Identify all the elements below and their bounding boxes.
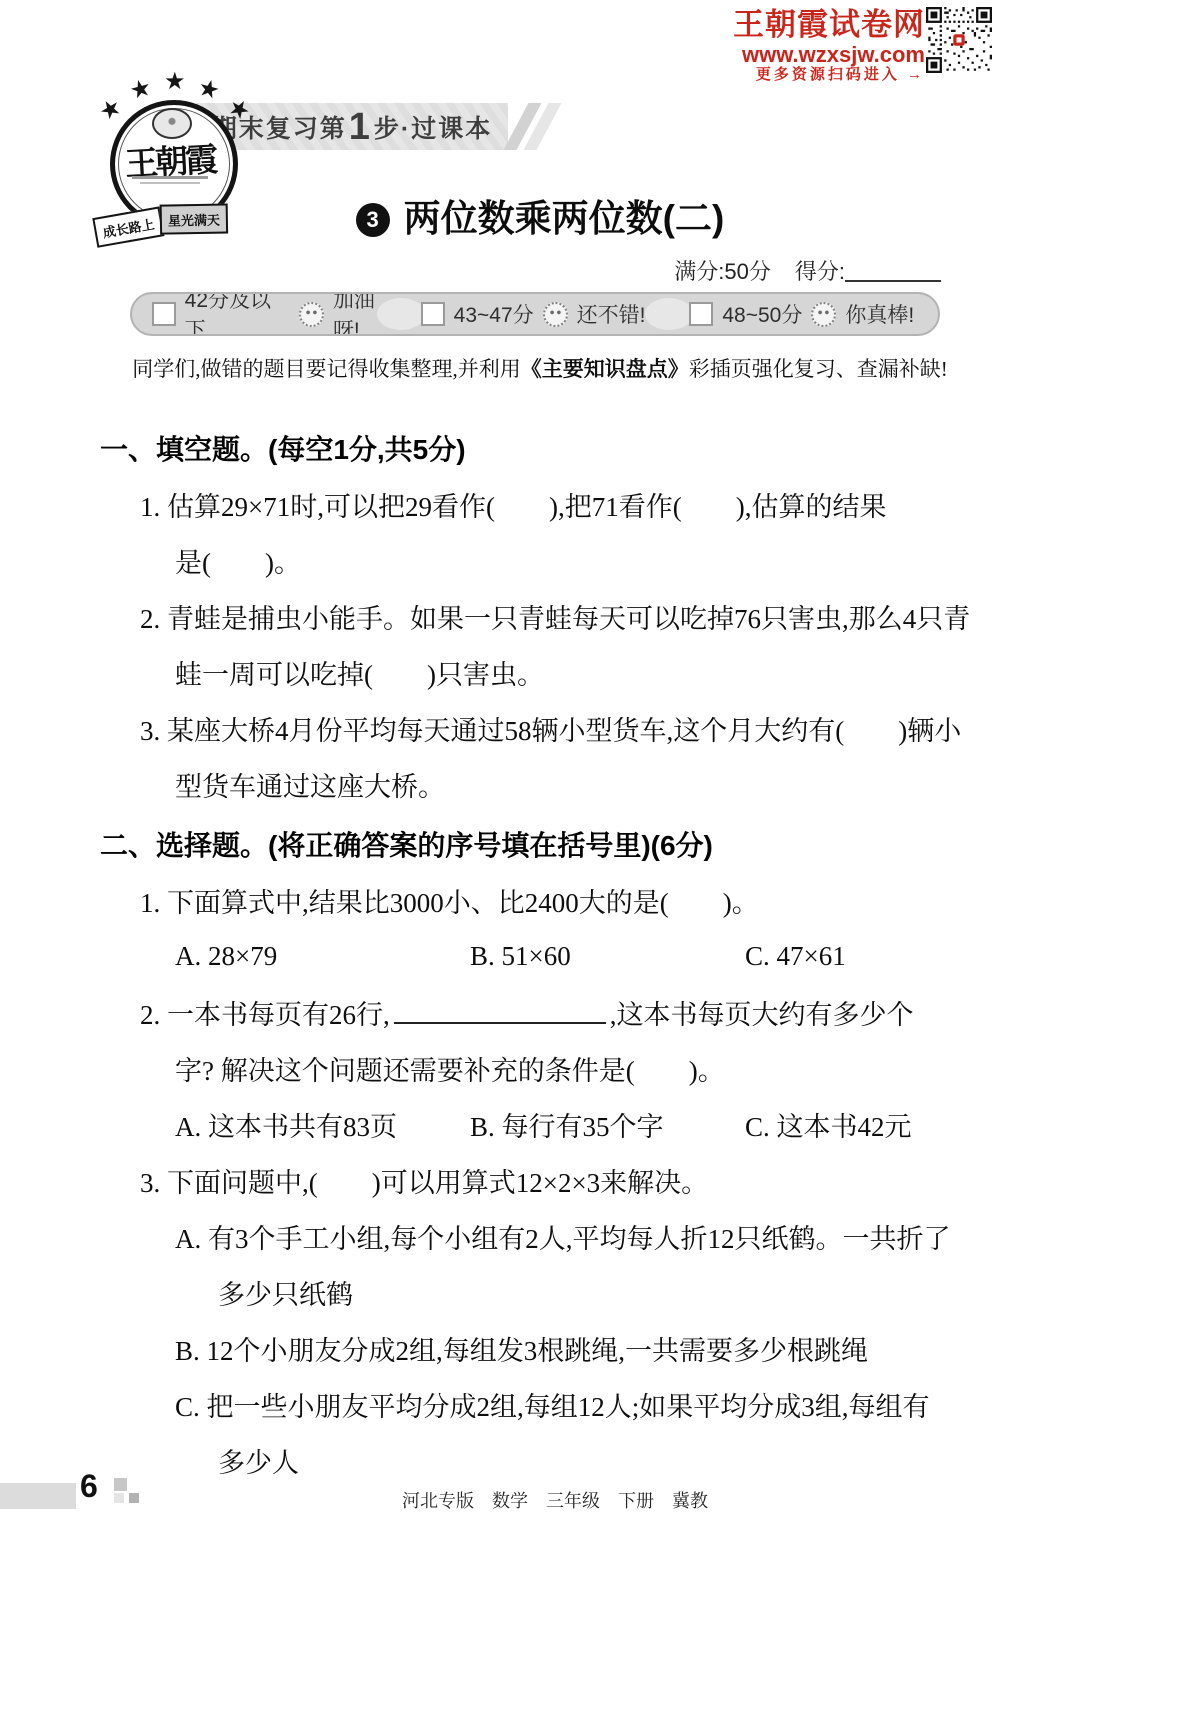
smiley-face-icon — [543, 302, 568, 327]
option-c: C. 这本书42元 — [745, 1105, 948, 1144]
worksheet-body: 一、填空题。(每空1分,共5分) 1. 估算29×71时,可以把29看作( ),… — [100, 420, 948, 1488]
badge-ribbon: 成长路上 星光满天 — [93, 196, 263, 246]
choice-q1-options: A. 28×79 B. 51×60 C. 47×61 — [100, 928, 948, 984]
badge-ribbon-right: 星光满天 — [160, 203, 229, 234]
checkbox-icon[interactable] — [421, 302, 445, 326]
star-icon: ★ — [164, 70, 186, 94]
badge-divider — [140, 182, 200, 184]
title-text: 两位数乘两位数(二) — [404, 198, 725, 239]
score-band-bar: 42分及以下 加油呀! 43~47分 还不错! 48~50分 你真棒! — [130, 292, 940, 336]
notice-post: 彩插页强化复习、查漏补缺! — [689, 357, 948, 381]
band-range: 43~47分 — [454, 299, 534, 329]
choice-q2-line2: 字? 解决这个问题还需要补充的条件是( )。 — [100, 1040, 948, 1096]
full-score-label: 满分:50分 — [674, 259, 771, 284]
badge-ribbon-left: 成长路上 — [92, 206, 164, 247]
option-b: B. 每行有35个字 — [470, 1105, 745, 1144]
choice-q3-option-c-line1: C. 把一些小朋友平均分成2组,每组12人;如果平均分成3组,每组有 — [100, 1376, 948, 1432]
band-range: 48~50分 — [722, 299, 802, 329]
star-icon: ★ — [223, 94, 254, 126]
choice-q3-option-b: B. 12个小朋友分成2组,每组发3根跳绳,一共需要多少根跳绳 — [100, 1320, 948, 1376]
qr-code-icon — [926, 7, 992, 73]
smiley-face-icon — [299, 302, 324, 327]
site-tagline: 更多资源扫码进入 → — [733, 67, 925, 84]
site-url: www.wzxsjw.com — [733, 43, 925, 68]
fill-q1-line1: 1. 估算29×71时,可以把29看作( ),把71看作( ),估算的结果 — [100, 476, 948, 532]
score-line: 满分:50分得分: — [674, 255, 941, 286]
star-icon: ★ — [95, 94, 126, 126]
choice-q2-options: A. 这本书共有83页 B. 每行有35个字 C. 这本书42元 — [100, 1096, 948, 1152]
notice-book-title: 《主要知识盘点》 — [521, 358, 689, 381]
choice-q3-option-a-line1: A. 有3个手工小组,每个小组有2人,平均每人折12只纸鹤。一共折了 — [100, 1208, 948, 1264]
site-brand: 王朝霞试卷网 www.wzxsjw.com 更多资源扫码进入 → — [733, 8, 925, 84]
earned-score-blank — [845, 260, 941, 282]
band-praise: 加油呀! — [333, 292, 401, 336]
fill-q3-line1: 3. 某座大桥4月份平均每天通过58辆小型货车,这个月大约有( )辆小 — [100, 700, 948, 756]
section-1-heading: 一、填空题。(每空1分,共5分) — [100, 420, 948, 476]
band-range: 42分及以下 — [185, 292, 291, 336]
condition-blank-line — [394, 1000, 606, 1024]
checkbox-icon[interactable] — [689, 302, 713, 326]
option-b: B. 51×60 — [470, 941, 745, 972]
earned-score-label: 得分: — [795, 259, 845, 284]
choice-q3-option-c-line2: 多少人 — [100, 1432, 948, 1488]
score-band-mid: 43~47分 还不错! — [401, 294, 670, 334]
option-a: A. 这本书共有83页 — [175, 1105, 470, 1144]
title-number-circle: 3 — [356, 203, 390, 237]
option-c: C. 47×61 — [745, 941, 948, 972]
fill-q3-line2: 型货车通过这座大桥。 — [100, 756, 948, 812]
choice-q2-post: ,这本书每页大约有多少个 — [610, 993, 914, 1032]
notice-pre: 同学们,做错的题目要记得收集整理,并利用 — [132, 357, 521, 381]
choice-q2-line1: 2. 一本书每页有26行,,这本书每页大约有多少个 — [100, 984, 948, 1040]
fill-q1-line2: 是( )。 — [100, 532, 948, 588]
band-praise: 你真棒! — [845, 299, 914, 329]
choice-q2-pre: 2. 一本书每页有26行, — [140, 993, 390, 1032]
site-name: 王朝霞试卷网 — [733, 8, 925, 43]
banner-step-number: 1 — [349, 108, 372, 146]
fill-q2-line1: 2. 青蛙是捕虫小能手。如果一只青蛙每天可以吃掉76只害虫,那么4只青 — [100, 588, 948, 644]
section-2-heading: 二、选择题。(将正确答案的序号填在括号里)(6分) — [100, 816, 948, 872]
score-band-high: 48~50分 你真棒! — [669, 294, 938, 334]
badge-divider — [132, 176, 208, 179]
choice-q3: 3. 下面问题中,( )可以用算式12×2×3来解决。 — [100, 1152, 948, 1208]
choice-q3-option-a-line2: 多少只纸鹤 — [100, 1264, 948, 1320]
star-icon: ★ — [127, 76, 154, 105]
footer-edition-info: 河北专版 数学 三年级 下册 冀教 — [0, 1487, 1110, 1513]
star-icon: ★ — [195, 76, 222, 105]
choice-q1: 1. 下面算式中,结果比3000小、比2400大的是( )。 — [100, 872, 948, 928]
fill-q2-line2: 蛙一周可以吃掉( )只害虫。 — [100, 644, 948, 700]
publisher-badge-logo: ★ ★ ★ ★ ★ 王朝霞 成长路上 星光满天 — [92, 70, 260, 248]
option-a: A. 28×79 — [175, 941, 470, 972]
band-praise: 还不错! — [577, 299, 646, 329]
score-band-low: 42分及以下 加油呀! — [132, 294, 401, 334]
study-notice: 同学们,做错的题目要记得收集整理,并利用《主要知识盘点》彩插页强化复习、查漏补缺… — [60, 353, 1020, 383]
checkbox-icon[interactable] — [152, 302, 176, 326]
smiley-face-icon — [811, 302, 836, 327]
banner-suffix: 步·过课本 — [374, 109, 492, 145]
